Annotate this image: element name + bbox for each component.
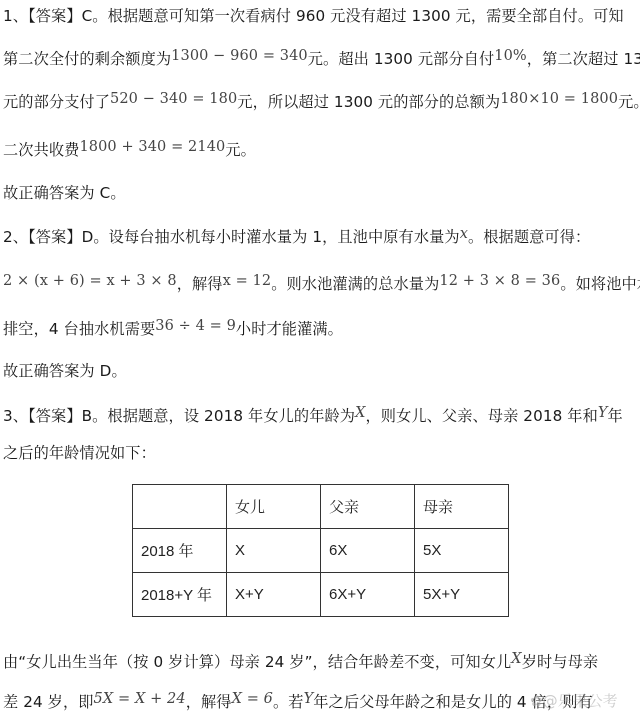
math-expression: Y [304,691,314,707]
table-cell: X+Y [227,573,321,617]
text: 3、【答案】B。根据题意，设 2018 年女儿的年龄为 [3,407,355,425]
math-expression: 520 − 340 = 180 [110,91,237,107]
q2-line-2: 2 × (x + 6) = x + 3 × 8，解得x = 12。则水池灌满的总… [3,274,640,295]
table-cell: 父亲 [321,485,415,529]
text: 。根据题意可得： [468,228,590,246]
math-expression: 10% [494,48,527,64]
math-expression: 5X = X + 24 [94,691,186,707]
text: 元。超出 1300 元部分自付 [308,50,495,68]
q1-line-4: 二次共收费1800 + 340 = 2140元。 [3,140,256,161]
table-cell: 女儿 [227,485,321,529]
text: 第二次全付的剩余额度为 [3,50,171,68]
table-cell: 5X+Y [415,573,509,617]
table-cell: 2018+Y 年 [133,573,227,617]
text: 岁时与母亲 [522,653,598,671]
text: 2、【答案】D。设每台抽水机每小时灌水量为 1，且池中原有水量为 [3,228,460,246]
q2-conclusion: 故正确答案为 D。 [3,361,127,381]
text: 由“女儿出生当年（按 0 岁计算）母亲 24 岁”，结合年龄差不变，可知女儿 [3,653,511,671]
table-cell: 6X [321,529,415,573]
math-expression: X [355,405,365,421]
q2-line-3: 排空，4 台抽水机需要36 ÷ 4 = 9小时才能灌满。 [3,319,343,340]
age-table: 女儿 父亲 母亲 2018 年 X 6X 5X 2018+Y 年 X+Y 6X+… [132,484,509,617]
math-expression: 1800 + 340 = 2140 [79,139,225,155]
text: 。如将池中水 [560,275,640,293]
text: 元，所以超过 1300 元的部分的总额为 [237,93,500,111]
text: ，解得 [177,275,223,293]
q1-line-2: 第二次全付的剩余额度为1300 − 960 = 340元。超出 1300 元部分… [3,49,640,70]
q2-line-1: 2、【答案】D。设每台抽水机每小时灌水量为 1，且池中原有水量为x。根据题意可得… [3,227,590,248]
table-header-row: 女儿 父亲 母亲 [133,485,509,529]
math-expression: 180×10 = 1800 [500,91,618,107]
text: 。若 [273,693,304,711]
q3-line-3: 由“女儿出生当年（按 0 岁计算）母亲 24 岁”，结合年龄差不变，可知女儿X岁… [3,652,598,673]
table-cell: 2018 年 [133,529,227,573]
text: 元。 [225,141,256,159]
text: 差 24 岁，即 [3,693,94,711]
math-expression: 1300 − 960 = 340 [171,48,308,64]
table-cell [133,485,227,529]
text: ，解得 [186,693,232,711]
q3-line-4: 差 24 岁，即5X = X + 24，解得X = 6。若Y年之后父母年龄之和是… [3,692,593,713]
text: 1、【答案】C。根据题意可知第一次看病付 960 元没有超过 1300 元，需要… [3,7,624,25]
text: 元的部分支付了 [3,93,110,111]
table-cell: 6X+Y [321,573,415,617]
text: ，则女儿、父亲、母亲 2018 年和 [366,407,598,425]
text: 排空，4 台抽水机需要 [3,320,155,338]
q1-line-3: 元的部分支付了520 − 340 = 180元，所以超过 1300 元的部分的总… [3,92,640,113]
table-cell: 5X [415,529,509,573]
table-cell: 母亲 [415,485,509,529]
q3-line-2: 之后的年龄情况如下： [3,443,156,463]
table-cell: X [227,529,321,573]
math-expression: 36 ÷ 4 = 9 [155,318,236,334]
text: 小时才能灌满。 [236,320,343,338]
table-row: 2018 年 X 6X 5X [133,529,509,573]
text: 。则水池灌满的总水量为 [271,275,439,293]
math-expression: 2 × (x + 6) = x + 3 × 8 [3,273,177,289]
table-row: 2018+Y 年 X+Y 6X+Y 5X+Y [133,573,509,617]
watermark: ✿@乐果公考 [530,690,618,711]
q3-line-1: 3、【答案】B。根据题意，设 2018 年女儿的年龄为X，则女儿、父亲、母亲 2… [3,406,623,427]
math-expression: x = 12 [223,273,272,289]
q1-line-1: 1、【答案】C。根据题意可知第一次看病付 960 元没有超过 1300 元，需要… [3,6,624,26]
math-expression: X [511,651,521,667]
text: ，第二次超过 1300 [527,50,640,68]
text: 年 [608,407,623,425]
text: 二次共收费 [3,141,79,159]
math-expression: x [460,226,468,242]
math-expression: X = 6 [232,691,273,707]
math-expression: Y [598,405,608,421]
q1-conclusion: 故正确答案为 C。 [3,183,126,203]
text: 元。第 [618,93,640,111]
math-expression: 12 + 3 × 8 = 36 [439,273,560,289]
